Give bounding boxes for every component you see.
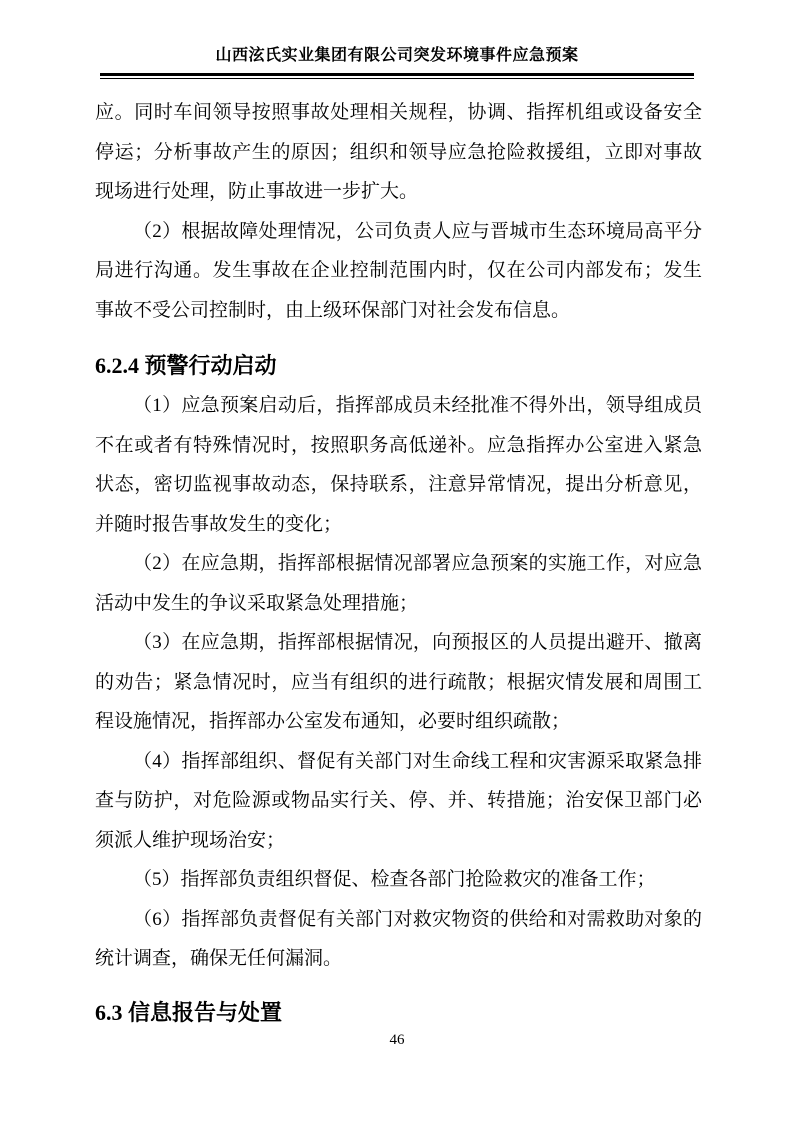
section-6-2-4-item-2: （2）在应急期，指挥部根据情况部署应急预案的实施工作，对应急活动中发生的争议采取… (95, 544, 702, 623)
section-6-2-4-item-1: （1）应急预案启动后，指挥部成员未经批准不得外出，领导组成员不在或者有特殊情况时… (95, 386, 702, 544)
header-rule-thin (100, 78, 694, 79)
document-page: 山西泫氏实业集团有限公司突发环境事件应急预案 应。同时车间领导按照事故处理相关规… (0, 0, 794, 1123)
header-double-rule (100, 73, 694, 79)
section-6-2-4-item-5: （5）指挥部负责组织督促、检查各部门抢险救灾的准备工作； (95, 860, 702, 900)
section-heading-6-3: 6.3 信息报告与处置 (95, 993, 702, 1033)
page-header-title: 山西泫氏实业集团有限公司突发环境事件应急预案 (0, 46, 794, 66)
paragraph-continuation: 应。同时车间领导按照事故处理相关规程，协调、指挥机组或设备安全停运；分析事故产生… (95, 93, 702, 212)
document-body: 应。同时车间领导按照事故处理相关规程，协调、指挥机组或设备安全停运；分析事故产生… (95, 93, 702, 1033)
header-rule-thick (100, 73, 694, 76)
section-heading-6-2-4: 6.2.4 预警行动启动 (95, 346, 702, 386)
page-header: 山西泫氏实业集团有限公司突发环境事件应急预案 (0, 0, 794, 79)
page-number: 46 (0, 1031, 794, 1049)
section-6-2-4-item-6: （6）指挥部负责督促有关部门对救灾物资的供给和对需救助对象的统计调查，确保无任何… (95, 900, 702, 979)
section-6-2-4-item-3: （3）在应急期，指挥部根据情况，向预报区的人员提出避开、撤离的劝告；紧急情况时，… (95, 623, 702, 742)
section-6-2-4-item-4: （4）指挥部组织、督促有关部门对生命线工程和灾害源采取紧急排查与防护，对危险源或… (95, 742, 702, 861)
paragraph-item-2: （2）根据故障处理情况，公司负责人应与晋城市生态环境局高平分局进行沟通。发生事故… (95, 212, 702, 331)
